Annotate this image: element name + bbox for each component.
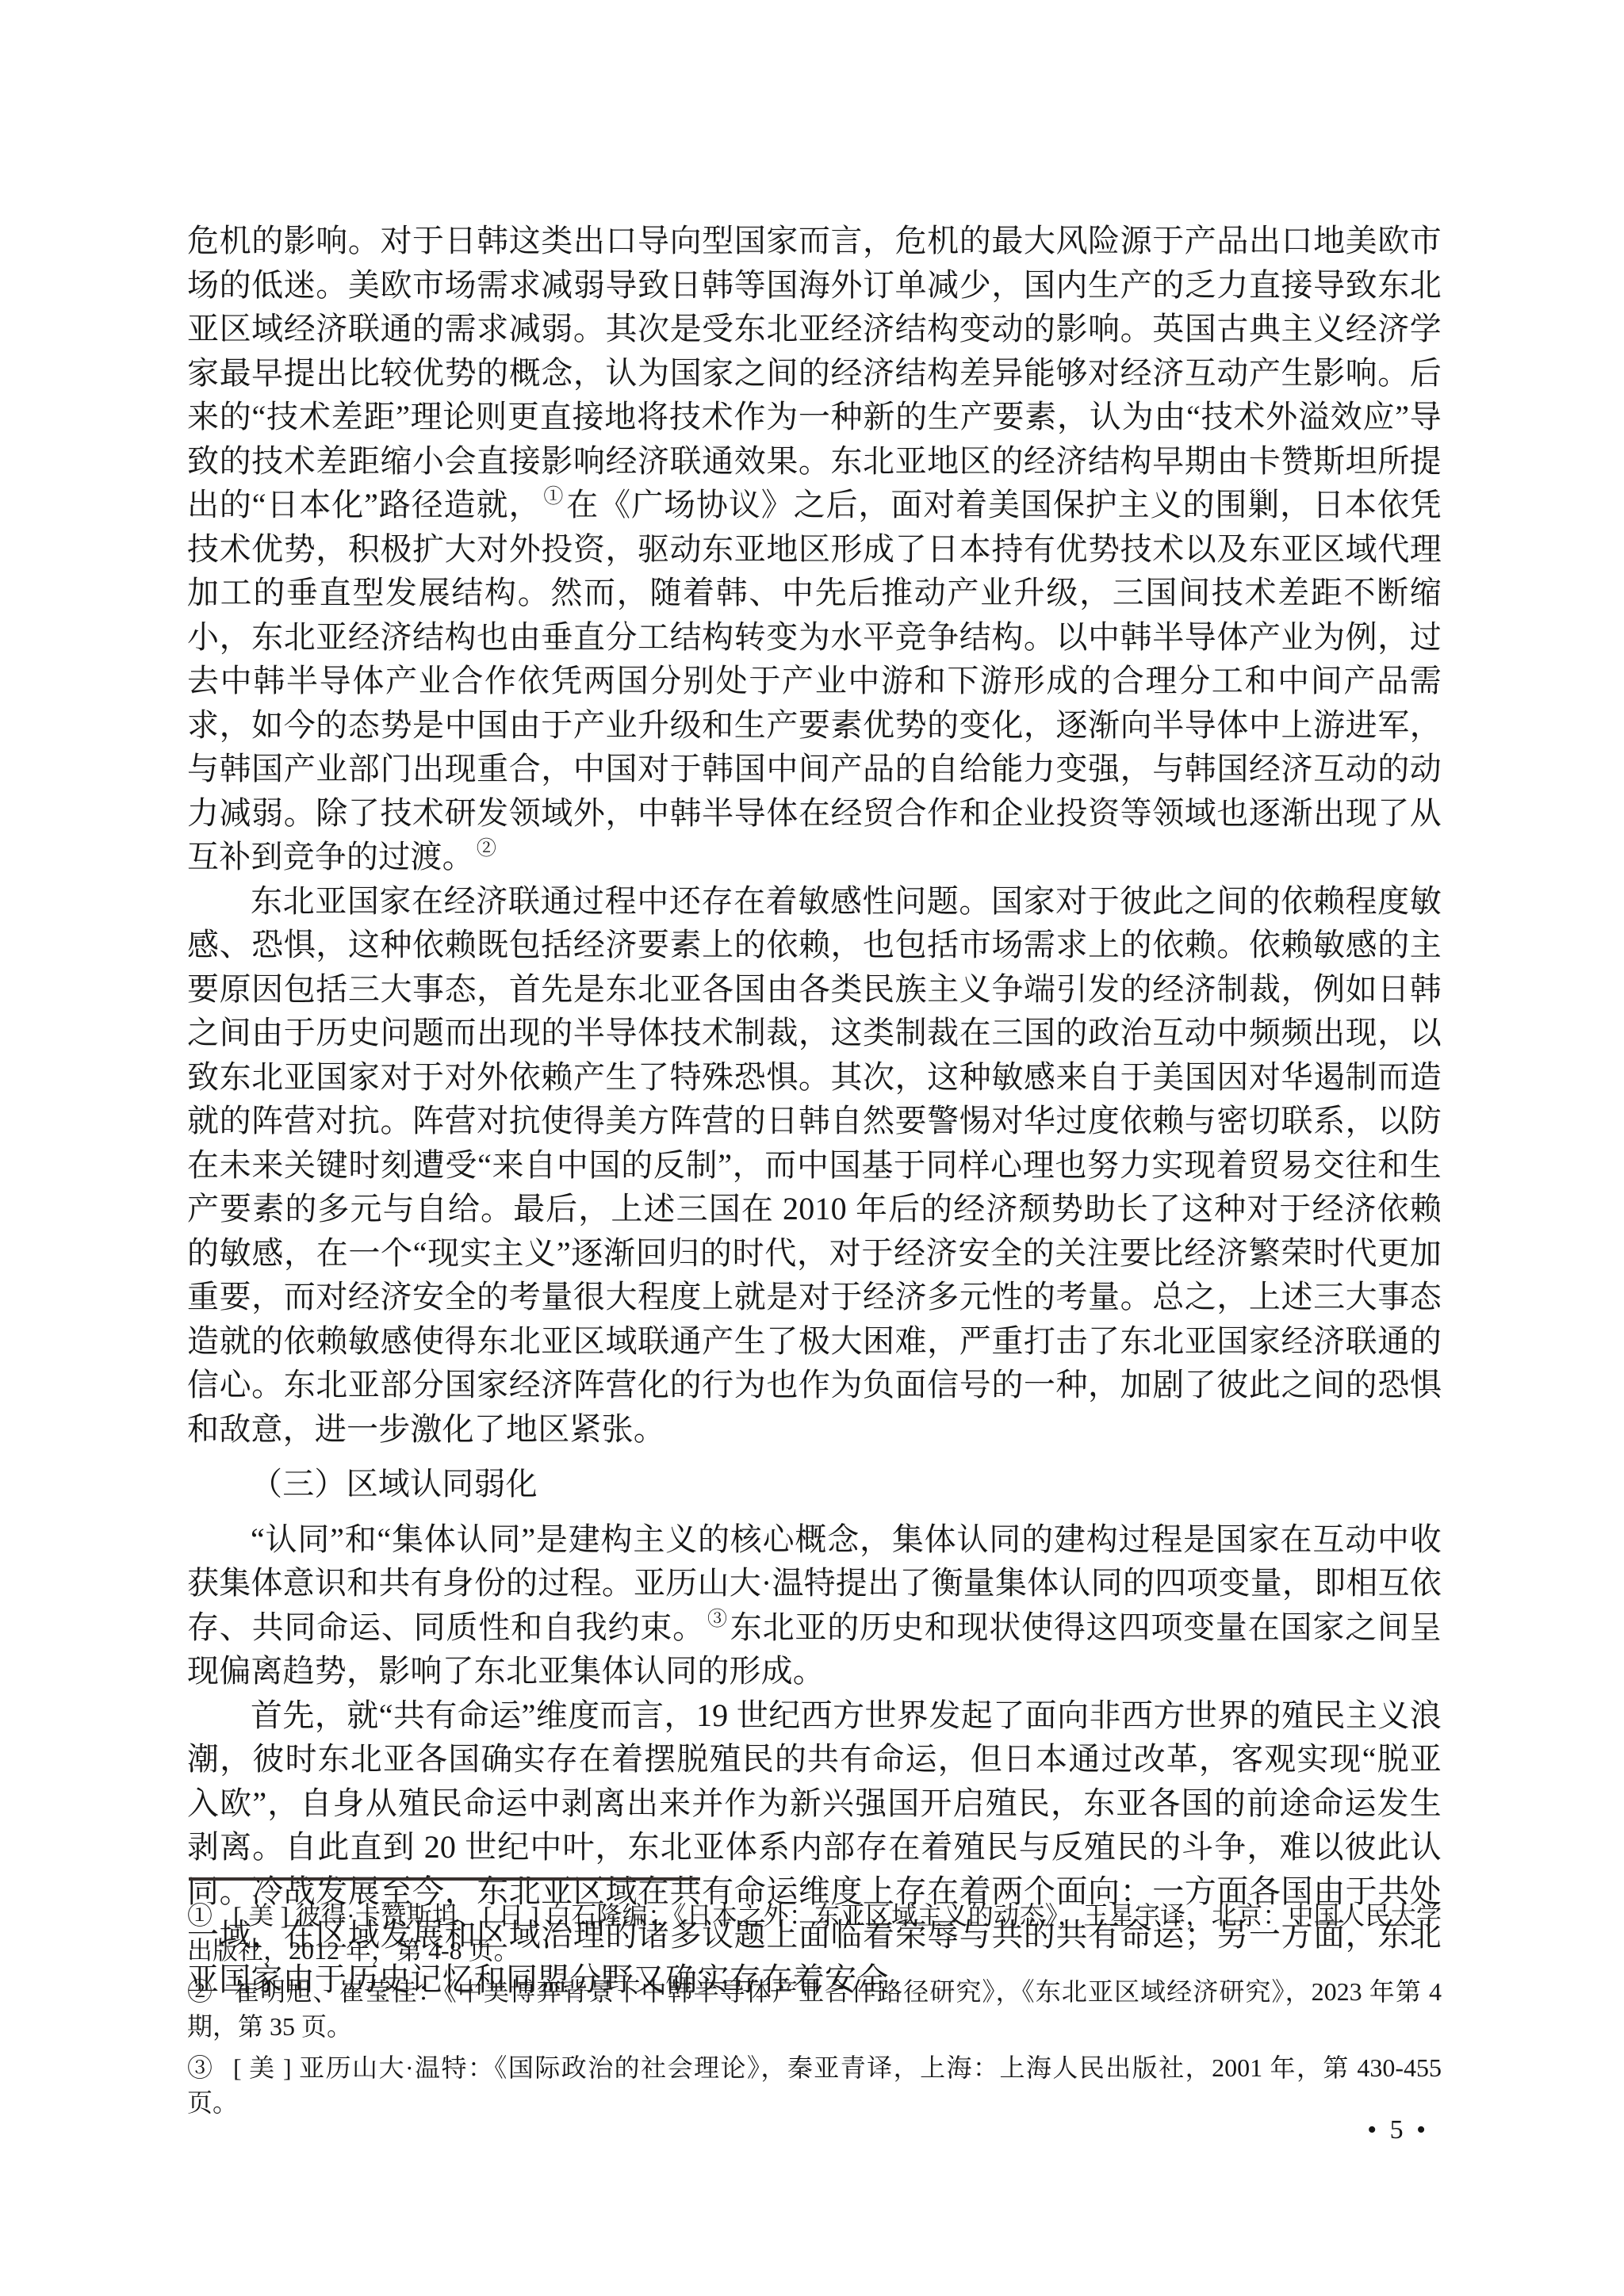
footnote-marker: ① [187,1898,213,1933]
footnotes-section: ①[ 美 ] 彼得·卡赞斯坦、[ 日 ] 白石隆编：《日本之外：东亚区域主义的动… [187,1877,1442,2126]
paragraph: 危机的影响。对于日韩这类出口导向型国家而言，危机的最大风险源于产品出口地美欧市场… [187,219,1442,879]
body-text: 危机的影响。对于日韩这类出口导向型国家而言，危机的最大风险源于产品出口地美欧市场… [187,219,1442,2001]
page-number: • 5 • [1367,2115,1429,2145]
text-run: 危机的影响。对于日韩这类出口导向型国家而言，危机的最大风险源于产品出口地美欧市场… [187,223,1442,522]
footnote: ②崔明旭、崔莹佳：《中美博弈背景下中韩半导体产业合作路径研究》，《东北亚区域经济… [187,1974,1442,2044]
text-run: （三）区域认同弱化 [251,1466,538,1502]
document-page: 危机的影响。对于日韩这类出口导向型国家而言，危机的最大风险源于产品出口地美欧市场… [0,0,1624,2296]
footnote-text: [ 美 ] 彼得·卡赞斯坦、[ 日 ] 白石隆编：《日本之外：东亚区域主义的动态… [187,1901,1442,1965]
footnote-separator [189,1877,700,1881]
footnote-marker: ③ [187,2050,213,2085]
footnote-ref: ① [543,486,564,507]
footnote: ①[ 美 ] 彼得·卡赞斯坦、[ 日 ] 白石隆编：《日本之外：东亚区域主义的动… [187,1898,1442,1968]
footnote-ref: ③ [707,1609,728,1630]
text-run: 在《广场协议》之后，面对着美国保护主义的围剿，日本依凭技术优势，积极扩大对外投资… [187,487,1442,874]
footnote-text: 崔明旭、崔莹佳：《中美博弈背景下中韩半导体产业合作路径研究》，《东北亚区域经济研… [187,1977,1442,2041]
paragraph: 东北亚国家在经济联通过程中还存在着敏感性问题。国家对于彼此之间的依赖程度敏感、恐… [187,879,1442,1452]
footnote-marker: ② [187,1974,213,2009]
paragraph: “认同”和“集体认同”是建构主义的核心概念，集体认同的建构过程是国家在互动中收获… [187,1517,1442,1693]
section-heading: （三）区域认同弱化 [187,1462,1442,1506]
footnote-ref: ② [477,838,496,859]
footnote-text: [ 美 ] 亚历山大·温特：《国际政治的社会理论》，秦亚青译，上海：上海人民出版… [187,2053,1442,2117]
text-run: 东北亚国家在经济联通过程中还存在着敏感性问题。国家对于彼此之间的依赖程度敏感、恐… [187,883,1442,1447]
footnotes-list: ①[ 美 ] 彼得·卡赞斯坦、[ 日 ] 白石隆编：《日本之外：东亚区域主义的动… [187,1898,1442,2120]
footnote: ③[ 美 ] 亚历山大·温特：《国际政治的社会理论》，秦亚青译，上海：上海人民出… [187,2050,1442,2120]
